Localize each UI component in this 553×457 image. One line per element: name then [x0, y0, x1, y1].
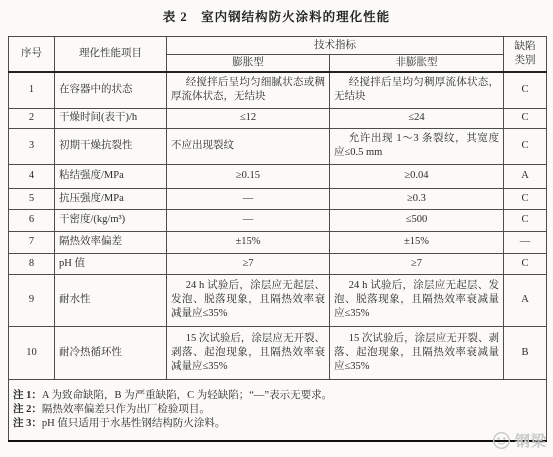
row-expansion-value: —: [167, 188, 330, 209]
row-nonexpansion-value: 15 次试验后，涂层应无开裂、剥落、起泡现象，且隔热效率衰减量应≤35%: [330, 326, 504, 379]
row-defect-class: —: [504, 231, 547, 253]
row-defect-class: C: [504, 209, 547, 231]
row-nonexpansion-value: ≥0.04: [330, 164, 504, 188]
row-expansion-value: —: [167, 209, 330, 231]
row-item: 粘结强度/MPa: [55, 164, 167, 188]
table-row: 8 pH 值 ≥7 ≥7 C: [9, 253, 547, 274]
header-nonexpansion-type: 非膨胀型: [330, 55, 504, 73]
table-row: 5 抗压强度/MPa — ≥0.3 C: [9, 188, 547, 209]
table-row: 9 耐水性 24 h 试验后，涂层应无起层、发泡、脱落现象，且隔热效率衰减量应≤…: [9, 274, 547, 326]
table-title: 表 2 室内钢结构防火涂料的理化性能: [0, 7, 553, 25]
note-2: 注 2：隔热效率偏差只作为出厂检验项目。: [13, 403, 542, 417]
row-item: pH 值: [55, 253, 167, 274]
row-defect-class: A: [504, 164, 547, 188]
header-defect-class: 缺陷类别: [504, 37, 547, 73]
note-2-label: 注 2：: [13, 404, 42, 415]
note-1-label: 注 1：: [13, 390, 42, 401]
row-defect-class: C: [504, 108, 547, 128]
row-no: 1: [9, 72, 55, 108]
watermark: 钢梁: [492, 430, 547, 451]
row-item: 耐冷热循环性: [55, 326, 167, 379]
row-defect-class: C: [504, 253, 547, 274]
row-nonexpansion-value: ≥0.3: [330, 188, 504, 209]
row-no: 7: [9, 231, 55, 253]
row-no: 9: [9, 274, 55, 326]
header-defect-line2: 类别: [515, 55, 536, 66]
row-nonexpansion-value: ≥7: [330, 253, 504, 274]
row-expansion-value: 24 h 试验后，涂层应无起层、发泡、脱落现象，且隔热效率衰减量应≤35%: [167, 274, 330, 326]
row-nonexpansion-value: ≤500: [330, 209, 504, 231]
header-tech-indicator: 技术指标: [167, 37, 504, 55]
table-row: 3 初期干燥抗裂性 不应出现裂纹 允许出现 1～3 条裂纹，其宽度应≤0.5 m…: [9, 128, 547, 164]
row-expansion-value: ±15%: [167, 231, 330, 253]
row-item: 在容器中的状态: [55, 72, 167, 108]
table-row: 4 粘结强度/MPa ≥0.15 ≥0.04 A: [9, 164, 547, 188]
header-item: 理化性能项目: [55, 37, 167, 73]
header-no: 序号: [9, 37, 55, 73]
row-expansion-value: ≤12: [167, 108, 330, 128]
row-item: 耐水性: [55, 274, 167, 326]
note-2-text: 隔热效率偏差只作为出厂检验项目。: [42, 404, 210, 415]
table-row: 6 干密度/(kg/m³) — ≤500 C: [9, 209, 547, 231]
row-no: 3: [9, 128, 55, 164]
table-row: 1 在容器中的状态 经搅拌后呈均匀细腻状态或稠厚流体状态，无结块 经搅拌后呈均匀…: [9, 72, 547, 108]
row-expansion-value: ≥7: [167, 253, 330, 274]
row-nonexpansion-value: 允许出现 1～3 条裂纹，其宽度应≤0.5 mm: [330, 128, 504, 164]
row-expansion-value: ≥0.15: [167, 164, 330, 188]
row-nonexpansion-value: 24 h 试验后，涂层应无起层、发泡、脱落现象，且隔热效率衰减量应≤35%: [330, 274, 504, 326]
row-defect-class: C: [504, 72, 547, 108]
row-expansion-value: 不应出现裂纹: [167, 128, 330, 164]
row-defect-class: C: [504, 188, 547, 209]
row-item: 隔热效率偏差: [55, 231, 167, 253]
row-item: 干密度/(kg/m³): [55, 209, 167, 231]
header-defect-line1: 缺陷: [515, 41, 536, 52]
table-notes-row: 注 1：A 为致命缺陷，B 为严重缺陷，C 为轻缺陷；“—”表示无要求。 注 2…: [9, 379, 547, 441]
table-row: 2 干燥时间(表干)/h ≤12 ≤24 C: [9, 108, 547, 128]
row-item: 干燥时间(表干)/h: [55, 108, 167, 128]
table-row: 7 隔热效率偏差 ±15% ±15% —: [9, 231, 547, 253]
table-header-row-1: 序号 理化性能项目 技术指标 缺陷类别: [9, 37, 547, 55]
row-no: 10: [9, 326, 55, 379]
row-defect-class: C: [504, 128, 547, 164]
spec-table: 序号 理化性能项目 技术指标 缺陷类别 膨胀型 非膨胀型 1 在容器中的状态 经…: [8, 36, 547, 442]
note-1-text: A 为致命缺陷，B 为严重缺陷，C 为轻缺陷；“—”表示无要求。: [42, 390, 332, 401]
note-3: 注 3：pH 值只适用于水基性钢结构防火涂料。: [13, 417, 542, 431]
row-expansion-value: 15 次试验后，涂层应无开裂、剥落、起泡现象，且隔热效率衰减量应≤35%: [167, 326, 330, 379]
notes-cell: 注 1：A 为致命缺陷，B 为严重缺陷，C 为轻缺陷；“—”表示无要求。 注 2…: [9, 379, 547, 441]
scanned-document-page: 表 2 室内钢结构防火涂料的理化性能 序号 理化性能项目 技术指标 缺陷类别 膨…: [0, 0, 553, 457]
row-no: 8: [9, 253, 55, 274]
row-expansion-value: 经搅拌后呈均匀细腻状态或稠厚流体状态，无结块: [167, 72, 330, 108]
row-no: 5: [9, 188, 55, 209]
row-item: 初期干燥抗裂性: [55, 128, 167, 164]
row-defect-class: A: [504, 274, 547, 326]
row-no: 2: [9, 108, 55, 128]
row-no: 6: [9, 209, 55, 231]
row-no: 4: [9, 164, 55, 188]
watermark-logo-icon: [492, 431, 511, 450]
row-defect-class: B: [504, 326, 547, 379]
note-3-label: 注 3：: [13, 418, 42, 429]
row-nonexpansion-value: ≤24: [330, 108, 504, 128]
header-expansion-type: 膨胀型: [167, 55, 330, 73]
note-3-text: pH 值只适用于水基性钢结构防火涂料。: [42, 418, 225, 429]
table-row: 10 耐冷热循环性 15 次试验后，涂层应无开裂、剥落、起泡现象，且隔热效率衰减…: [9, 326, 547, 379]
watermark-text: 钢梁: [515, 430, 547, 451]
note-1: 注 1：A 为致命缺陷，B 为严重缺陷，C 为轻缺陷；“—”表示无要求。: [13, 389, 542, 403]
row-nonexpansion-value: 经搅拌后呈均匀稠厚流体状态，无结块: [330, 72, 504, 108]
row-item: 抗压强度/MPa: [55, 188, 167, 209]
row-nonexpansion-value: ±15%: [330, 231, 504, 253]
